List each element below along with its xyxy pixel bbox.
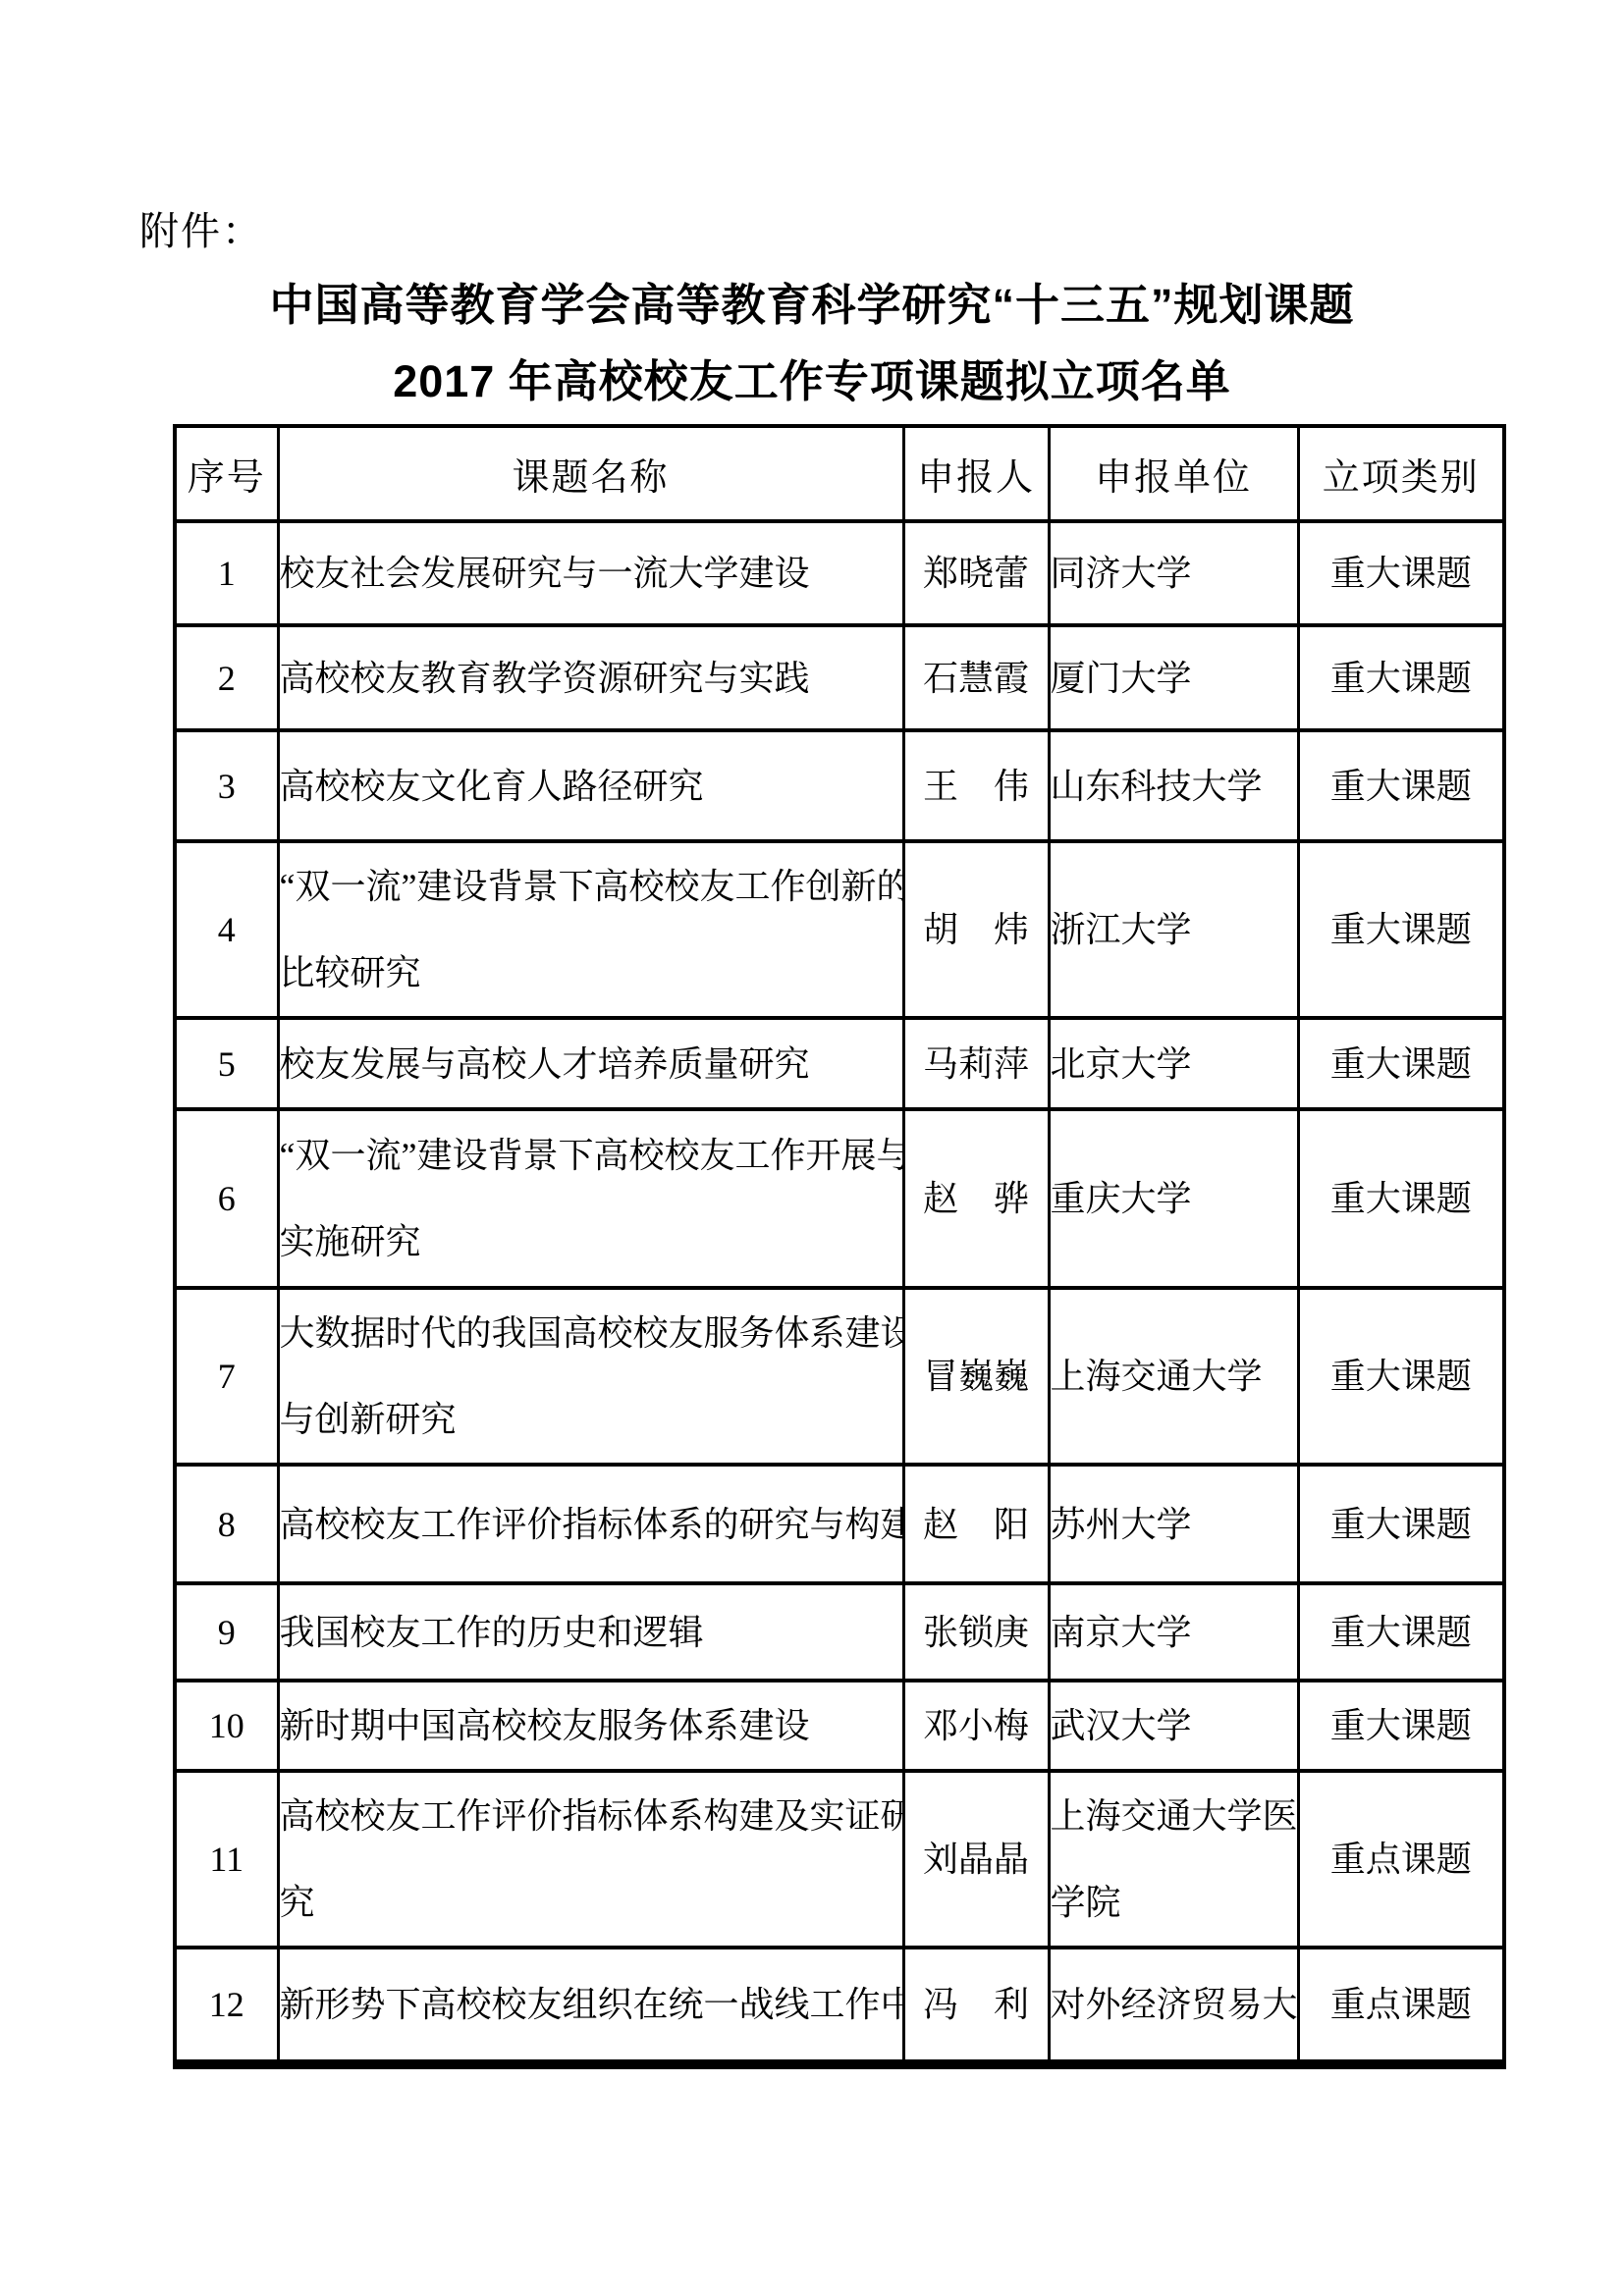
table-row: 9我国校友工作的历史和逻辑张锁庚南京大学重大课题 bbox=[175, 1583, 1504, 1681]
table-row: 3高校校友文化育人路径研究王 伟山东科技大学重大课题 bbox=[175, 730, 1504, 841]
project-title-cell: “双一流”建设背景下高校校友工作开展与 实施研究 bbox=[278, 1109, 903, 1288]
category-cell: 重点课题 bbox=[1298, 1771, 1504, 1948]
table-row: 11高校校友工作评价指标体系构建及实证研 究刘晶晶上海交通大学医 学院重点课题 bbox=[175, 1771, 1504, 1948]
category-cell: 重大课题 bbox=[1298, 1681, 1504, 1771]
category-cell: 重大课题 bbox=[1298, 1465, 1504, 1583]
table-row: 7大数据时代的我国高校校友服务体系建设 与创新研究冒巍巍上海交通大学重大课题 bbox=[175, 1288, 1504, 1465]
project-title-cell: “双一流”建设背景下高校校友工作创新的 比较研究 bbox=[278, 841, 903, 1018]
document-subtitle: 2017 年高校校友工作专项课题拟立项名单 bbox=[0, 357, 1624, 406]
category-cell: 重大课题 bbox=[1298, 841, 1504, 1018]
project-title-cell: 大数据时代的我国高校校友服务体系建设 与创新研究 bbox=[278, 1288, 903, 1465]
column-header: 课题名称 bbox=[278, 426, 903, 521]
column-header: 申报单位 bbox=[1049, 426, 1298, 521]
applicant-cell: 刘晶晶 bbox=[903, 1771, 1049, 1948]
applicant-cell: 邓小梅 bbox=[903, 1681, 1049, 1771]
applicant-cell: 冯 利 bbox=[903, 1948, 1049, 2064]
table-row: 4“双一流”建设背景下高校校友工作创新的 比较研究胡 炜浙江大学重大课题 bbox=[175, 841, 1504, 1018]
category-cell: 重点课题 bbox=[1298, 1948, 1504, 2064]
project-title-cell: 高校校友工作评价指标体系构建及实证研 究 bbox=[278, 1771, 903, 1948]
project-title-cell: 高校校友教育教学资源研究与实践 bbox=[278, 625, 903, 730]
table-row: 12新形势下高校校友组织在统一战线工作中冯 利对外经济贸易大重点课题 bbox=[175, 1948, 1504, 2064]
applicant-cell: 赵 骅 bbox=[903, 1109, 1049, 1288]
applicant-cell: 石慧霞 bbox=[903, 625, 1049, 730]
unit-cell: 厦门大学 bbox=[1049, 625, 1298, 730]
category-cell: 重大课题 bbox=[1298, 1109, 1504, 1288]
table-body: 1校友社会发展研究与一流大学建设郑晓蕾同济大学重大课题2高校校友教育教学资源研究… bbox=[175, 521, 1504, 2064]
row-number-cell: 7 bbox=[175, 1288, 278, 1465]
project-title-cell: 我国校友工作的历史和逻辑 bbox=[278, 1583, 903, 1681]
table-row: 5校友发展与高校人才培养质量研究马莉萍北京大学重大课题 bbox=[175, 1018, 1504, 1109]
unit-cell: 上海交通大学医 学院 bbox=[1049, 1771, 1298, 1948]
table-row: 8高校校友工作评价指标体系的研究与构建赵 阳苏州大学重大课题 bbox=[175, 1465, 1504, 1583]
column-header: 立项类别 bbox=[1298, 426, 1504, 521]
category-cell: 重大课题 bbox=[1298, 1018, 1504, 1109]
project-title-cell: 新时期中国高校校友服务体系建设 bbox=[278, 1681, 903, 1771]
row-number-cell: 4 bbox=[175, 841, 278, 1018]
applicant-cell: 胡 炜 bbox=[903, 841, 1049, 1018]
applicant-cell: 马莉萍 bbox=[903, 1018, 1049, 1109]
unit-cell: 南京大学 bbox=[1049, 1583, 1298, 1681]
table-row: 2高校校友教育教学资源研究与实践石慧霞厦门大学重大课题 bbox=[175, 625, 1504, 730]
row-number-cell: 11 bbox=[175, 1771, 278, 1948]
unit-cell: 山东科技大学 bbox=[1049, 730, 1298, 841]
unit-cell: 北京大学 bbox=[1049, 1018, 1298, 1109]
column-header: 申报人 bbox=[903, 426, 1049, 521]
category-cell: 重大课题 bbox=[1298, 521, 1504, 625]
row-number-cell: 10 bbox=[175, 1681, 278, 1771]
applicant-cell: 郑晓蕾 bbox=[903, 521, 1049, 625]
row-number-cell: 12 bbox=[175, 1948, 278, 2064]
category-cell: 重大课题 bbox=[1298, 1288, 1504, 1465]
project-title-cell: 新形势下高校校友组织在统一战线工作中 bbox=[278, 1948, 903, 2064]
unit-cell: 对外经济贸易大 bbox=[1049, 1948, 1298, 2064]
unit-cell: 同济大学 bbox=[1049, 521, 1298, 625]
project-title-cell: 校友社会发展研究与一流大学建设 bbox=[278, 521, 903, 625]
row-number-cell: 8 bbox=[175, 1465, 278, 1583]
project-title-cell: 高校校友工作评价指标体系的研究与构建 bbox=[278, 1465, 903, 1583]
row-number-cell: 5 bbox=[175, 1018, 278, 1109]
category-cell: 重大课题 bbox=[1298, 625, 1504, 730]
projects-table: 序号课题名称申报人申报单位立项类别 1校友社会发展研究与一流大学建设郑晓蕾同济大… bbox=[173, 424, 1506, 2069]
column-header: 序号 bbox=[175, 426, 278, 521]
unit-cell: 武汉大学 bbox=[1049, 1681, 1298, 1771]
table-row: 10新时期中国高校校友服务体系建设邓小梅武汉大学重大课题 bbox=[175, 1681, 1504, 1771]
document-page: 附件： 中国高等教育学会高等教育科学研究“十三五”规划课题 2017 年高校校友… bbox=[0, 0, 1624, 2296]
table-row: 1校友社会发展研究与一流大学建设郑晓蕾同济大学重大课题 bbox=[175, 521, 1504, 625]
unit-cell: 上海交通大学 bbox=[1049, 1288, 1298, 1465]
project-title-cell: 校友发展与高校人才培养质量研究 bbox=[278, 1018, 903, 1109]
project-title-cell: 高校校友文化育人路径研究 bbox=[278, 730, 903, 841]
table-header-row: 序号课题名称申报人申报单位立项类别 bbox=[175, 426, 1504, 521]
row-number-cell: 3 bbox=[175, 730, 278, 841]
row-number-cell: 9 bbox=[175, 1583, 278, 1681]
unit-cell: 苏州大学 bbox=[1049, 1465, 1298, 1583]
table-row: 6“双一流”建设背景下高校校友工作开展与 实施研究赵 骅重庆大学重大课题 bbox=[175, 1109, 1504, 1288]
unit-cell: 重庆大学 bbox=[1049, 1109, 1298, 1288]
applicant-cell: 张锁庚 bbox=[903, 1583, 1049, 1681]
applicant-cell: 冒巍巍 bbox=[903, 1288, 1049, 1465]
row-number-cell: 6 bbox=[175, 1109, 278, 1288]
applicant-cell: 赵 阳 bbox=[903, 1465, 1049, 1583]
unit-cell: 浙江大学 bbox=[1049, 841, 1298, 1018]
document-title: 中国高等教育学会高等教育科学研究“十三五”规划课题 bbox=[0, 281, 1624, 330]
row-number-cell: 2 bbox=[175, 625, 278, 730]
category-cell: 重大课题 bbox=[1298, 1583, 1504, 1681]
category-cell: 重大课题 bbox=[1298, 730, 1504, 841]
applicant-cell: 王 伟 bbox=[903, 730, 1049, 841]
attachment-label: 附件： bbox=[139, 208, 263, 255]
row-number-cell: 1 bbox=[175, 521, 278, 625]
